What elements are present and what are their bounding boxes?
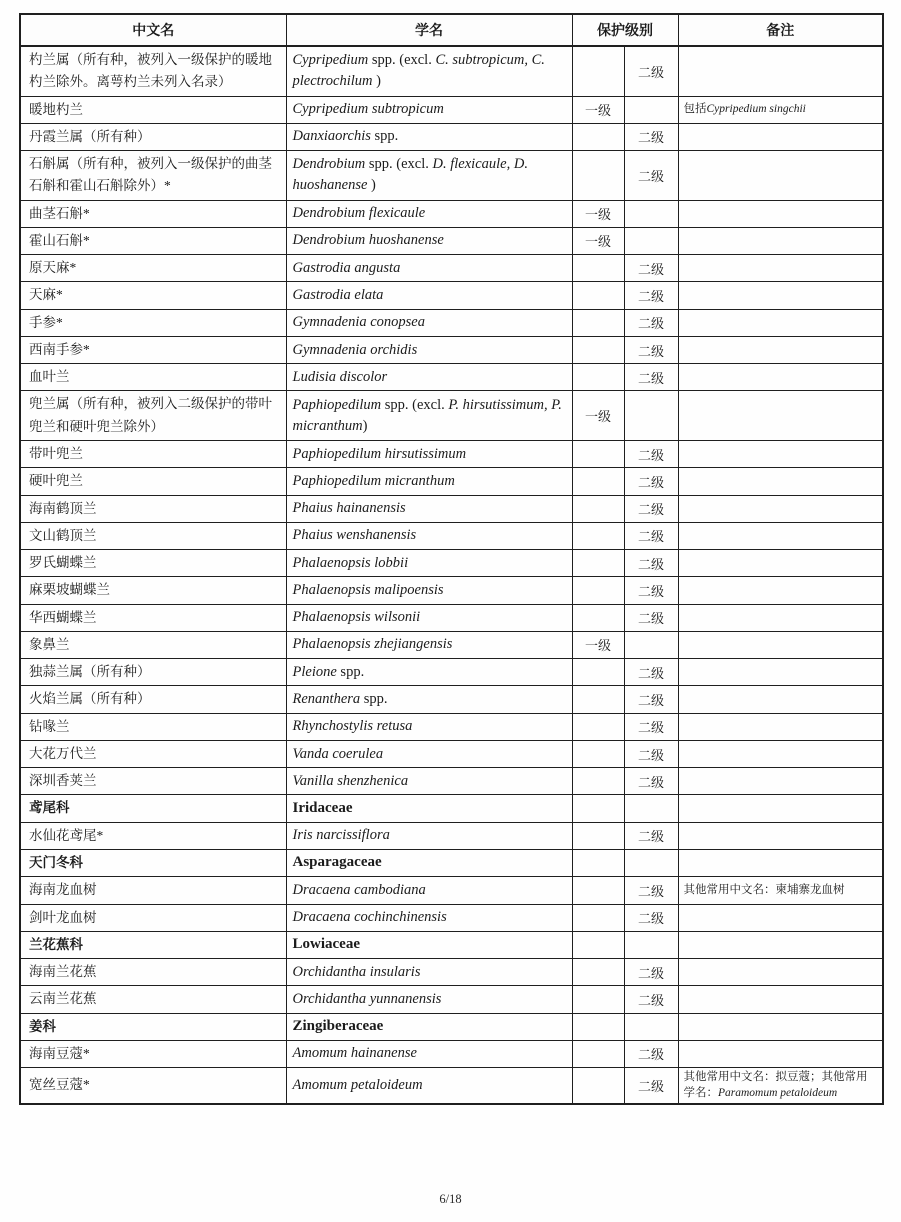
chinese-name-cell: 鸢尾科: [20, 795, 286, 822]
family-row: 鸢尾科Iridaceae: [20, 795, 883, 822]
scientific-name-cell: Amomum petaloideum: [286, 1068, 572, 1105]
chinese-name-cell: 曲茎石斛*: [20, 200, 286, 227]
chinese-name-cell: 杓兰属（所有种，被列入一级保护的暖地杓兰除外。离萼杓兰未列入名录）: [20, 46, 286, 96]
chinese-name-cell: 海南豆蔻*: [20, 1040, 286, 1067]
note-cell: [678, 522, 883, 549]
page-number: 6/18: [0, 1192, 901, 1207]
species-row: 西南手参*Gymnadenia orchidis二级: [20, 336, 883, 363]
level-1-cell: 一级: [572, 96, 624, 123]
level-1-cell: [572, 1013, 624, 1040]
note-cell: [678, 495, 883, 522]
level-1-cell: 一级: [572, 227, 624, 254]
scientific-name-cell: Cypripedium subtropicum: [286, 96, 572, 123]
scientific-name-cell: Cypripedium spp. (excl. C. subtropicum, …: [286, 46, 572, 96]
col-header-note: 备注: [678, 14, 883, 46]
level-2-cell: 二级: [624, 364, 678, 391]
level-1-cell: [572, 849, 624, 876]
chinese-name-cell: 霍山石斛*: [20, 227, 286, 254]
scientific-name-cell: Gastrodia elata: [286, 282, 572, 309]
note-cell: [678, 986, 883, 1013]
scientific-name-cell: Vanilla shenzhenica: [286, 768, 572, 795]
scientific-name-cell: Iris narcissiflora: [286, 822, 572, 849]
level-1-cell: [572, 550, 624, 577]
note-cell: 其他常用中文名：拟豆蔻；其他常用学名：Paramomum petaloideum: [678, 1068, 883, 1105]
level-2-cell: 二级: [624, 686, 678, 713]
scientific-name-cell: Dendrobium spp. (excl. D. flexicaule, D.…: [286, 151, 572, 201]
level-2-cell: 二级: [624, 336, 678, 363]
scientific-name-cell: Dracaena cochinchinensis: [286, 904, 572, 931]
protected-species-table: 中文名 学名 保护级别 备注 杓兰属（所有种，被列入一级保护的暖地杓兰除外。离萼…: [19, 13, 884, 1105]
note-cell: [678, 713, 883, 740]
chinese-name-cell: 华西蝴蝶兰: [20, 604, 286, 631]
note-cell: [678, 631, 883, 658]
level-1-cell: [572, 686, 624, 713]
species-row: 海南龙血树Dracaena cambodiana二级其他常用中文名：柬埔寨龙血树: [20, 877, 883, 904]
col-header-scientific-name: 学名: [286, 14, 572, 46]
scientific-name-cell: Phalaenopsis zhejiangensis: [286, 631, 572, 658]
level-2-cell: 二级: [624, 1040, 678, 1067]
level-1-cell: [572, 577, 624, 604]
note-cell: [678, 577, 883, 604]
level-1-cell: [572, 522, 624, 549]
scientific-name-cell: Orchidantha yunnanensis: [286, 986, 572, 1013]
chinese-name-cell: 石斛属（所有种，被列入一级保护的曲茎石斛和霍山石斛除外）*: [20, 151, 286, 201]
chinese-name-cell: 象鼻兰: [20, 631, 286, 658]
note-cell: [678, 959, 883, 986]
chinese-name-cell: 丹霞兰属（所有种）: [20, 123, 286, 150]
level-1-cell: [572, 255, 624, 282]
level-2-cell: [624, 1013, 678, 1040]
scientific-name-cell: Phaius wenshanensis: [286, 522, 572, 549]
level-1-cell: [572, 959, 624, 986]
chinese-name-cell: 姜科: [20, 1013, 286, 1040]
note-cell: [678, 200, 883, 227]
chinese-name-cell: 暖地杓兰: [20, 96, 286, 123]
level-1-cell: [572, 877, 624, 904]
scientific-name-cell: Lowiaceae: [286, 931, 572, 958]
level-2-cell: [624, 391, 678, 441]
note-cell: [678, 822, 883, 849]
level-1-cell: [572, 904, 624, 931]
note-cell: [678, 550, 883, 577]
note-cell: [678, 659, 883, 686]
level-2-cell: 二级: [624, 440, 678, 467]
level-2-cell: 二级: [624, 282, 678, 309]
level-2-cell: [624, 849, 678, 876]
chinese-name-cell: 海南鹤顶兰: [20, 495, 286, 522]
level-2-cell: 二级: [624, 495, 678, 522]
chinese-name-cell: 西南手参*: [20, 336, 286, 363]
scientific-name-cell: Gymnadenia conopsea: [286, 309, 572, 336]
species-row: 杓兰属（所有种，被列入一级保护的暖地杓兰除外。离萼杓兰未列入名录）Cypripe…: [20, 46, 883, 96]
chinese-name-cell: 海南兰花蕉: [20, 959, 286, 986]
scientific-name-cell: Dracaena cambodiana: [286, 877, 572, 904]
species-row: 海南豆蔻*Amomum hainanense二级: [20, 1040, 883, 1067]
level-1-cell: [572, 282, 624, 309]
level-1-cell: [572, 495, 624, 522]
species-row: 原天麻*Gastrodia angusta二级: [20, 255, 883, 282]
level-2-cell: [624, 227, 678, 254]
level-2-cell: 二级: [624, 123, 678, 150]
level-2-cell: [624, 96, 678, 123]
chinese-name-cell: 云南兰花蕉: [20, 986, 286, 1013]
level-2-cell: 二级: [624, 604, 678, 631]
species-row: 暖地杓兰Cypripedium subtropicum一级包括Cypripedi…: [20, 96, 883, 123]
chinese-name-cell: 兰花蕉科: [20, 931, 286, 958]
note-cell: [678, 123, 883, 150]
species-row: 海南鹤顶兰Phaius hainanensis二级: [20, 495, 883, 522]
scientific-name-cell: Paphiopedilum spp. (excl. P. hirsutissim…: [286, 391, 572, 441]
level-1-cell: [572, 795, 624, 822]
note-cell: [678, 391, 883, 441]
note-cell: [678, 336, 883, 363]
level-2-cell: 二级: [624, 46, 678, 96]
level-1-cell: [572, 151, 624, 201]
chinese-name-cell: 手参*: [20, 309, 286, 336]
scientific-name-cell: Asparagaceae: [286, 849, 572, 876]
level-1-cell: [572, 604, 624, 631]
scientific-name-cell: Gastrodia angusta: [286, 255, 572, 282]
col-header-protection-level: 保护级别: [572, 14, 678, 46]
family-row: 天门冬科Asparagaceae: [20, 849, 883, 876]
species-row: 兜兰属（所有种，被列入二级保护的带叶兜兰和硬叶兜兰除外）Paphiopedilu…: [20, 391, 883, 441]
level-1-cell: [572, 468, 624, 495]
chinese-name-cell: 文山鹤顶兰: [20, 522, 286, 549]
note-cell: 其他常用中文名：柬埔寨龙血树: [678, 877, 883, 904]
level-2-cell: 二级: [624, 877, 678, 904]
species-row: 象鼻兰Phalaenopsis zhejiangensis一级: [20, 631, 883, 658]
chinese-name-cell: 剑叶龙血树: [20, 904, 286, 931]
species-row: 手参*Gymnadenia conopsea二级: [20, 309, 883, 336]
scientific-name-cell: Rhynchostylis retusa: [286, 713, 572, 740]
note-cell: [678, 309, 883, 336]
chinese-name-cell: 钻喙兰: [20, 713, 286, 740]
level-1-cell: [572, 1068, 624, 1105]
chinese-name-cell: 大花万代兰: [20, 740, 286, 767]
scientific-name-cell: Dendrobium flexicaule: [286, 200, 572, 227]
note-cell: [678, 1040, 883, 1067]
level-2-cell: 二级: [624, 309, 678, 336]
document-page: 中文名 学名 保护级别 备注 杓兰属（所有种，被列入一级保护的暖地杓兰除外。离萼…: [0, 0, 901, 1222]
note-cell: [678, 795, 883, 822]
scientific-name-cell: Phalaenopsis lobbii: [286, 550, 572, 577]
level-2-cell: 二级: [624, 151, 678, 201]
table-header-row: 中文名 学名 保护级别 备注: [20, 14, 883, 46]
level-1-cell: [572, 740, 624, 767]
level-1-cell: [572, 336, 624, 363]
scientific-name-cell: Dendrobium huoshanense: [286, 227, 572, 254]
scientific-name-cell: Ludisia discolor: [286, 364, 572, 391]
chinese-name-cell: 麻栗坡蝴蝶兰: [20, 577, 286, 604]
note-cell: [678, 768, 883, 795]
level-2-cell: 二级: [624, 713, 678, 740]
chinese-name-cell: 天麻*: [20, 282, 286, 309]
level-1-cell: 一级: [572, 391, 624, 441]
note-cell: [678, 604, 883, 631]
level-1-cell: [572, 822, 624, 849]
scientific-name-cell: Zingiberaceae: [286, 1013, 572, 1040]
chinese-name-cell: 海南龙血树: [20, 877, 286, 904]
species-row: 文山鹤顶兰Phaius wenshanensis二级: [20, 522, 883, 549]
species-row: 天麻*Gastrodia elata二级: [20, 282, 883, 309]
scientific-name-cell: Iridaceae: [286, 795, 572, 822]
species-row: 云南兰花蕉Orchidantha yunnanensis二级: [20, 986, 883, 1013]
species-row: 石斛属（所有种，被列入一级保护的曲茎石斛和霍山石斛除外）*Dendrobium …: [20, 151, 883, 201]
scientific-name-cell: Paphiopedilum hirsutissimum: [286, 440, 572, 467]
scientific-name-cell: Phalaenopsis malipoensis: [286, 577, 572, 604]
chinese-name-cell: 宽丝豆蔻*: [20, 1068, 286, 1105]
chinese-name-cell: 原天麻*: [20, 255, 286, 282]
species-row: 独蒜兰属（所有种）Pleione spp.二级: [20, 659, 883, 686]
note-cell: [678, 255, 883, 282]
note-cell: [678, 740, 883, 767]
species-row: 曲茎石斛*Dendrobium flexicaule一级: [20, 200, 883, 227]
scientific-name-cell: Phalaenopsis wilsonii: [286, 604, 572, 631]
level-2-cell: [624, 931, 678, 958]
note-cell: [678, 227, 883, 254]
level-2-cell: 二级: [624, 959, 678, 986]
level-1-cell: [572, 768, 624, 795]
note-cell: [678, 46, 883, 96]
scientific-name-cell: Gymnadenia orchidis: [286, 336, 572, 363]
level-1-cell: [572, 309, 624, 336]
level-2-cell: 二级: [624, 740, 678, 767]
note-cell: [678, 364, 883, 391]
note-cell: [678, 931, 883, 958]
species-row: 水仙花鸢尾*Iris narcissiflora二级: [20, 822, 883, 849]
scientific-name-cell: Orchidantha insularis: [286, 959, 572, 986]
level-1-cell: 一级: [572, 200, 624, 227]
note-cell: [678, 440, 883, 467]
scientific-name-cell: Pleione spp.: [286, 659, 572, 686]
chinese-name-cell: 水仙花鸢尾*: [20, 822, 286, 849]
level-2-cell: 二级: [624, 1068, 678, 1105]
level-1-cell: [572, 1040, 624, 1067]
scientific-name-cell: Danxiaorchis spp.: [286, 123, 572, 150]
species-row: 深圳香荚兰Vanilla shenzhenica二级: [20, 768, 883, 795]
level-1-cell: [572, 986, 624, 1013]
species-row: 大花万代兰Vanda coerulea二级: [20, 740, 883, 767]
level-2-cell: [624, 795, 678, 822]
species-row: 丹霞兰属（所有种）Danxiaorchis spp.二级: [20, 123, 883, 150]
note-cell: [678, 904, 883, 931]
species-row: 剑叶龙血树Dracaena cochinchinensis二级: [20, 904, 883, 931]
note-cell: [678, 468, 883, 495]
table-body: 杓兰属（所有种，被列入一级保护的暖地杓兰除外。离萼杓兰未列入名录）Cypripe…: [20, 46, 883, 1104]
level-2-cell: 二级: [624, 255, 678, 282]
scientific-name-cell: Vanda coerulea: [286, 740, 572, 767]
chinese-name-cell: 带叶兜兰: [20, 440, 286, 467]
species-row: 麻栗坡蝴蝶兰Phalaenopsis malipoensis二级: [20, 577, 883, 604]
species-row: 华西蝴蝶兰Phalaenopsis wilsonii二级: [20, 604, 883, 631]
scientific-name-cell: Amomum hainanense: [286, 1040, 572, 1067]
level-2-cell: 二级: [624, 550, 678, 577]
level-1-cell: [572, 46, 624, 96]
level-1-cell: [572, 713, 624, 740]
level-2-cell: 二级: [624, 986, 678, 1013]
species-row: 海南兰花蕉Orchidantha insularis二级: [20, 959, 883, 986]
level-2-cell: [624, 200, 678, 227]
note-cell: 包括Cypripedium singchii: [678, 96, 883, 123]
level-2-cell: 二级: [624, 904, 678, 931]
species-row: 血叶兰Ludisia discolor二级: [20, 364, 883, 391]
level-2-cell: 二级: [624, 822, 678, 849]
level-2-cell: 二级: [624, 768, 678, 795]
chinese-name-cell: 天门冬科: [20, 849, 286, 876]
note-cell: [678, 849, 883, 876]
level-1-cell: [572, 659, 624, 686]
species-row: 霍山石斛*Dendrobium huoshanense一级: [20, 227, 883, 254]
species-row: 宽丝豆蔻*Amomum petaloideum二级其他常用中文名：拟豆蔻；其他常…: [20, 1068, 883, 1105]
species-row: 带叶兜兰Paphiopedilum hirsutissimum二级: [20, 440, 883, 467]
note-cell: [678, 686, 883, 713]
level-2-cell: 二级: [624, 659, 678, 686]
level-2-cell: 二级: [624, 468, 678, 495]
family-row: 兰花蕉科Lowiaceae: [20, 931, 883, 958]
level-2-cell: [624, 631, 678, 658]
scientific-name-cell: Paphiopedilum micranthum: [286, 468, 572, 495]
level-1-cell: 一级: [572, 631, 624, 658]
scientific-name-cell: Renanthera spp.: [286, 686, 572, 713]
level-2-cell: 二级: [624, 577, 678, 604]
chinese-name-cell: 独蒜兰属（所有种）: [20, 659, 286, 686]
level-2-cell: 二级: [624, 522, 678, 549]
chinese-name-cell: 硬叶兜兰: [20, 468, 286, 495]
note-cell: [678, 151, 883, 201]
level-1-cell: [572, 931, 624, 958]
species-row: 硬叶兜兰Paphiopedilum micranthum二级: [20, 468, 883, 495]
chinese-name-cell: 血叶兰: [20, 364, 286, 391]
chinese-name-cell: 深圳香荚兰: [20, 768, 286, 795]
note-cell: [678, 282, 883, 309]
family-row: 姜科Zingiberaceae: [20, 1013, 883, 1040]
species-row: 钻喙兰Rhynchostylis retusa二级: [20, 713, 883, 740]
chinese-name-cell: 兜兰属（所有种，被列入二级保护的带叶兜兰和硬叶兜兰除外）: [20, 391, 286, 441]
level-1-cell: [572, 364, 624, 391]
species-row: 火焰兰属（所有种）Renanthera spp.二级: [20, 686, 883, 713]
level-1-cell: [572, 440, 624, 467]
chinese-name-cell: 火焰兰属（所有种）: [20, 686, 286, 713]
col-header-chinese-name: 中文名: [20, 14, 286, 46]
species-row: 罗氏蝴蝶兰Phalaenopsis lobbii二级: [20, 550, 883, 577]
scientific-name-cell: Phaius hainanensis: [286, 495, 572, 522]
level-1-cell: [572, 123, 624, 150]
note-cell: [678, 1013, 883, 1040]
chinese-name-cell: 罗氏蝴蝶兰: [20, 550, 286, 577]
